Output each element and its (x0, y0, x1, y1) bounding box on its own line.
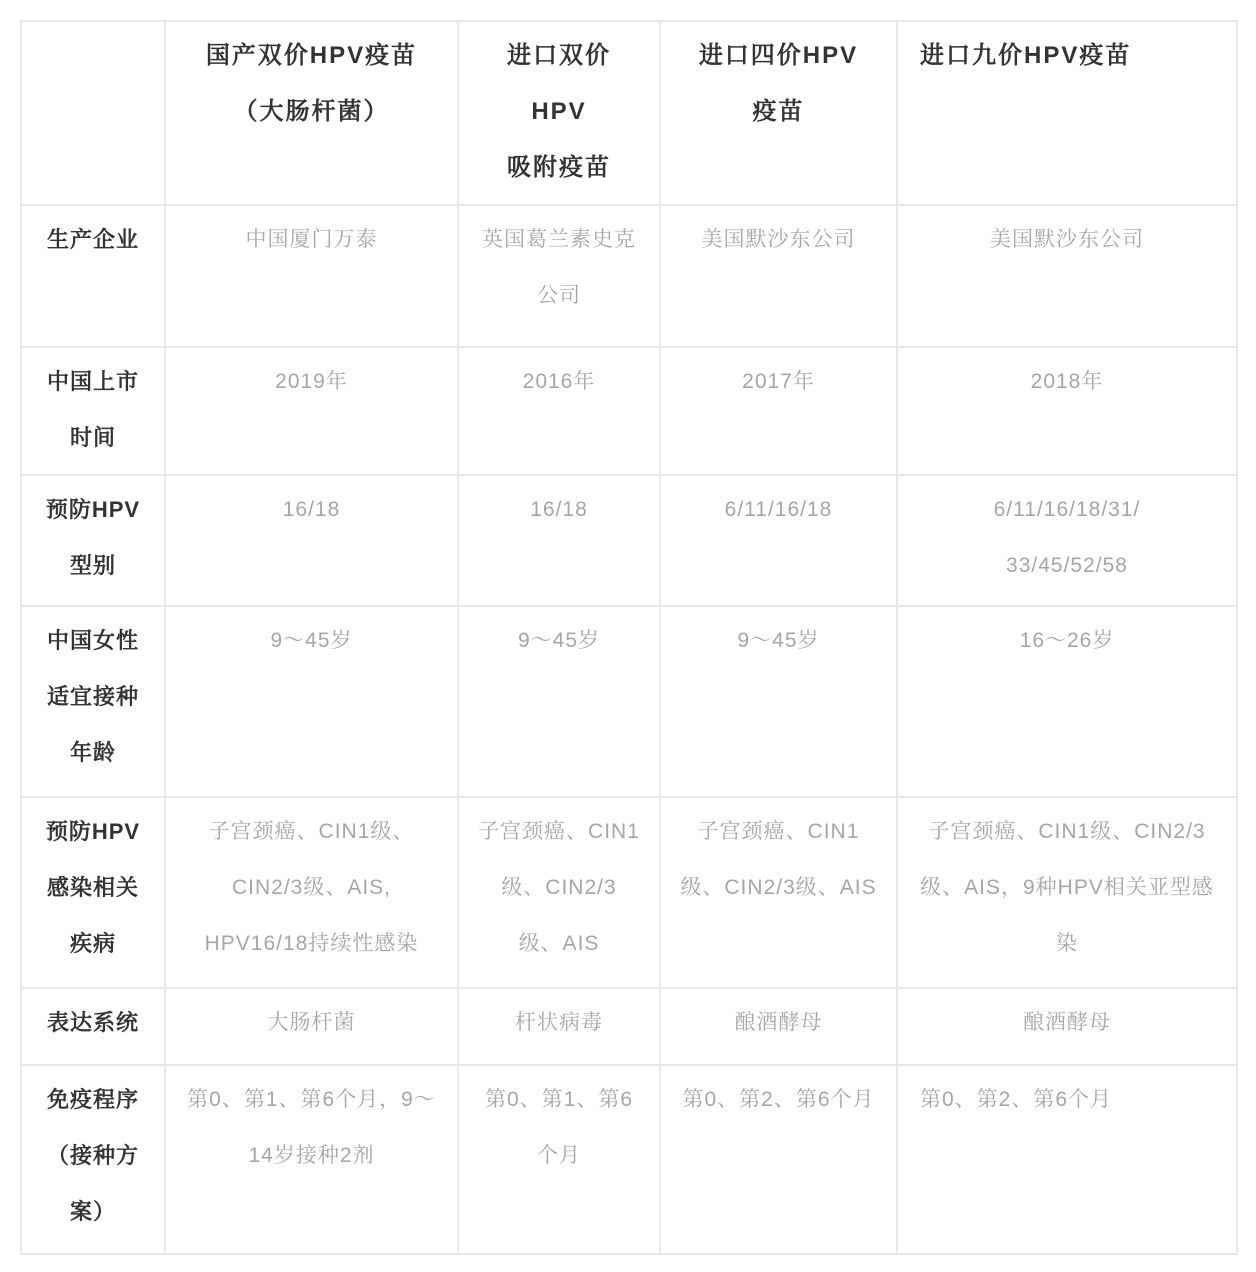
table-cell: 9～45岁 (458, 606, 660, 797)
table-cell: 子宫颈癌、CIN1 级、CIN2/3 级、AIS (458, 797, 660, 988)
table-cell: 中国厦门万泰 (165, 205, 458, 347)
row-label-immunization-schedule: 免疫程序 （接种方 案） (21, 1065, 165, 1254)
table-row-manufacturer: 生产企业 中国厦门万泰 英国葛兰素史克 公司 美国默沙东公司 美国默沙东公司 (21, 205, 1237, 347)
table-cell: 2019年 (165, 347, 458, 475)
table-cell: 第0、第2、第6个月 (897, 1065, 1237, 1254)
page-background: 国产双价HPV疫苗 （大肠杆菌） 进口双价 HPV 吸附疫苗 进口四价HPV 疫… (0, 0, 1256, 1272)
column-header-imported-nonavalent: 进口九价HPV疫苗 (897, 21, 1237, 205)
row-label-manufacturer: 生产企业 (21, 205, 165, 347)
table-cell: 美国默沙东公司 (660, 205, 897, 347)
header-row: 国产双价HPV疫苗 （大肠杆菌） 进口双价 HPV 吸附疫苗 进口四价HPV 疫… (21, 21, 1237, 205)
row-label-related-diseases: 预防HPV 感染相关 疾病 (21, 797, 165, 988)
column-header-imported-quadrivalent: 进口四价HPV 疫苗 (660, 21, 897, 205)
table-cell: 酿酒酵母 (660, 988, 897, 1065)
table-cell: 6/11/16/18/31/ 33/45/52/58 (897, 475, 1237, 606)
column-header-imported-bivalent: 进口双价 HPV 吸附疫苗 (458, 21, 660, 205)
table-cell: 16/18 (165, 475, 458, 606)
table-row-hpv-types: 预防HPV 型别 16/18 16/18 6/11/16/18 6/11/16/… (21, 475, 1237, 606)
table-cell: 6/11/16/18 (660, 475, 897, 606)
table-cell: 2018年 (897, 347, 1237, 475)
table-cell: 16/18 (458, 475, 660, 606)
row-label-launch-year: 中国上市 时间 (21, 347, 165, 475)
table-cell: 16～26岁 (897, 606, 1237, 797)
table-row-immunization-schedule: 免疫程序 （接种方 案） 第0、第1、第6个月，9～ 14岁接种2剂 第0、第1… (21, 1065, 1237, 1254)
table-row-launch-year: 中国上市 时间 2019年 2016年 2017年 2018年 (21, 347, 1237, 475)
table-cell: 英国葛兰素史克 公司 (458, 205, 660, 347)
table-cell: 杆状病毒 (458, 988, 660, 1065)
row-label-expression-system: 表达系统 (21, 988, 165, 1065)
table-cell: 第0、第1、第6个月，9～ 14岁接种2剂 (165, 1065, 458, 1254)
table-row-related-diseases: 预防HPV 感染相关 疾病 子宫颈癌、CIN1级、 CIN2/3级、AIS, H… (21, 797, 1237, 988)
table-cell: 酿酒酵母 (897, 988, 1237, 1065)
table-row-expression-system: 表达系统 大肠杆菌 杆状病毒 酿酒酵母 酿酒酵母 (21, 988, 1237, 1065)
table-cell: 2017年 (660, 347, 897, 475)
row-label-suitable-age: 中国女性 适宜接种 年龄 (21, 606, 165, 797)
table-cell: 9～45岁 (660, 606, 897, 797)
table-cell: 子宫颈癌、CIN1 级、CIN2/3级、AIS (660, 797, 897, 988)
table-cell: 2016年 (458, 347, 660, 475)
table-cell: 大肠杆菌 (165, 988, 458, 1065)
table-row-suitable-age: 中国女性 适宜接种 年龄 9～45岁 9～45岁 9～45岁 16～26岁 (21, 606, 1237, 797)
column-header-domestic-bivalent: 国产双价HPV疫苗 （大肠杆菌） (165, 21, 458, 205)
table-cell: 子宫颈癌、CIN1级、 CIN2/3级、AIS, HPV16/18持续性感染 (165, 797, 458, 988)
table-cell: 第0、第1、第6 个月 (458, 1065, 660, 1254)
table-cell: 第0、第2、第6个月 (660, 1065, 897, 1254)
row-label-hpv-types: 预防HPV 型别 (21, 475, 165, 606)
table-cell: 9～45岁 (165, 606, 458, 797)
hpv-vaccine-comparison-table: 国产双价HPV疫苗 （大肠杆菌） 进口双价 HPV 吸附疫苗 进口四价HPV 疫… (20, 20, 1238, 1255)
table-cell: 子宫颈癌、CIN1级、CIN2/3 级、AIS，9种HPV相关亚型感 染 (897, 797, 1237, 988)
table-cell: 美国默沙东公司 (897, 205, 1237, 347)
corner-cell (21, 21, 165, 205)
